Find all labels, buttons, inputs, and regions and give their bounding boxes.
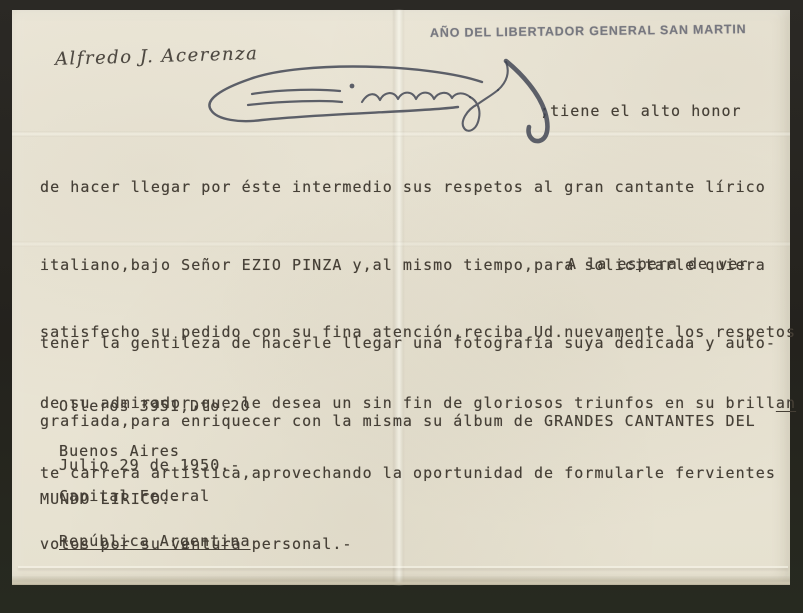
typed-opening-line: ;tiene el alto honor xyxy=(540,98,742,124)
letter-photo: AÑO DEL LIBERTADOR GENERAL SAN MARTIN Al… xyxy=(0,0,803,613)
typed-line: satisfecho su pedido con su fina atenció… xyxy=(40,321,796,345)
typed-continuation-underline: an xyxy=(776,394,796,412)
commemorative-stamp-text: AÑO DEL LIBERTADOR GENERAL SAN MARTIN xyxy=(430,22,760,40)
typed-line: de hacer llegar por éste intermedio sus … xyxy=(40,174,776,200)
letterhead-name: Alfredo J. Acerenza xyxy=(55,43,259,70)
date-line: Julio 29 de 1950.- xyxy=(59,452,240,478)
address-line: Capital Federal xyxy=(59,489,251,504)
letter-paper: AÑO DEL LIBERTADOR GENERAL SAN MARTIN Al… xyxy=(12,10,790,585)
address-line-country: República Argentina xyxy=(59,534,251,549)
address-line: Olleros 3951,Dto.20 xyxy=(59,399,251,414)
